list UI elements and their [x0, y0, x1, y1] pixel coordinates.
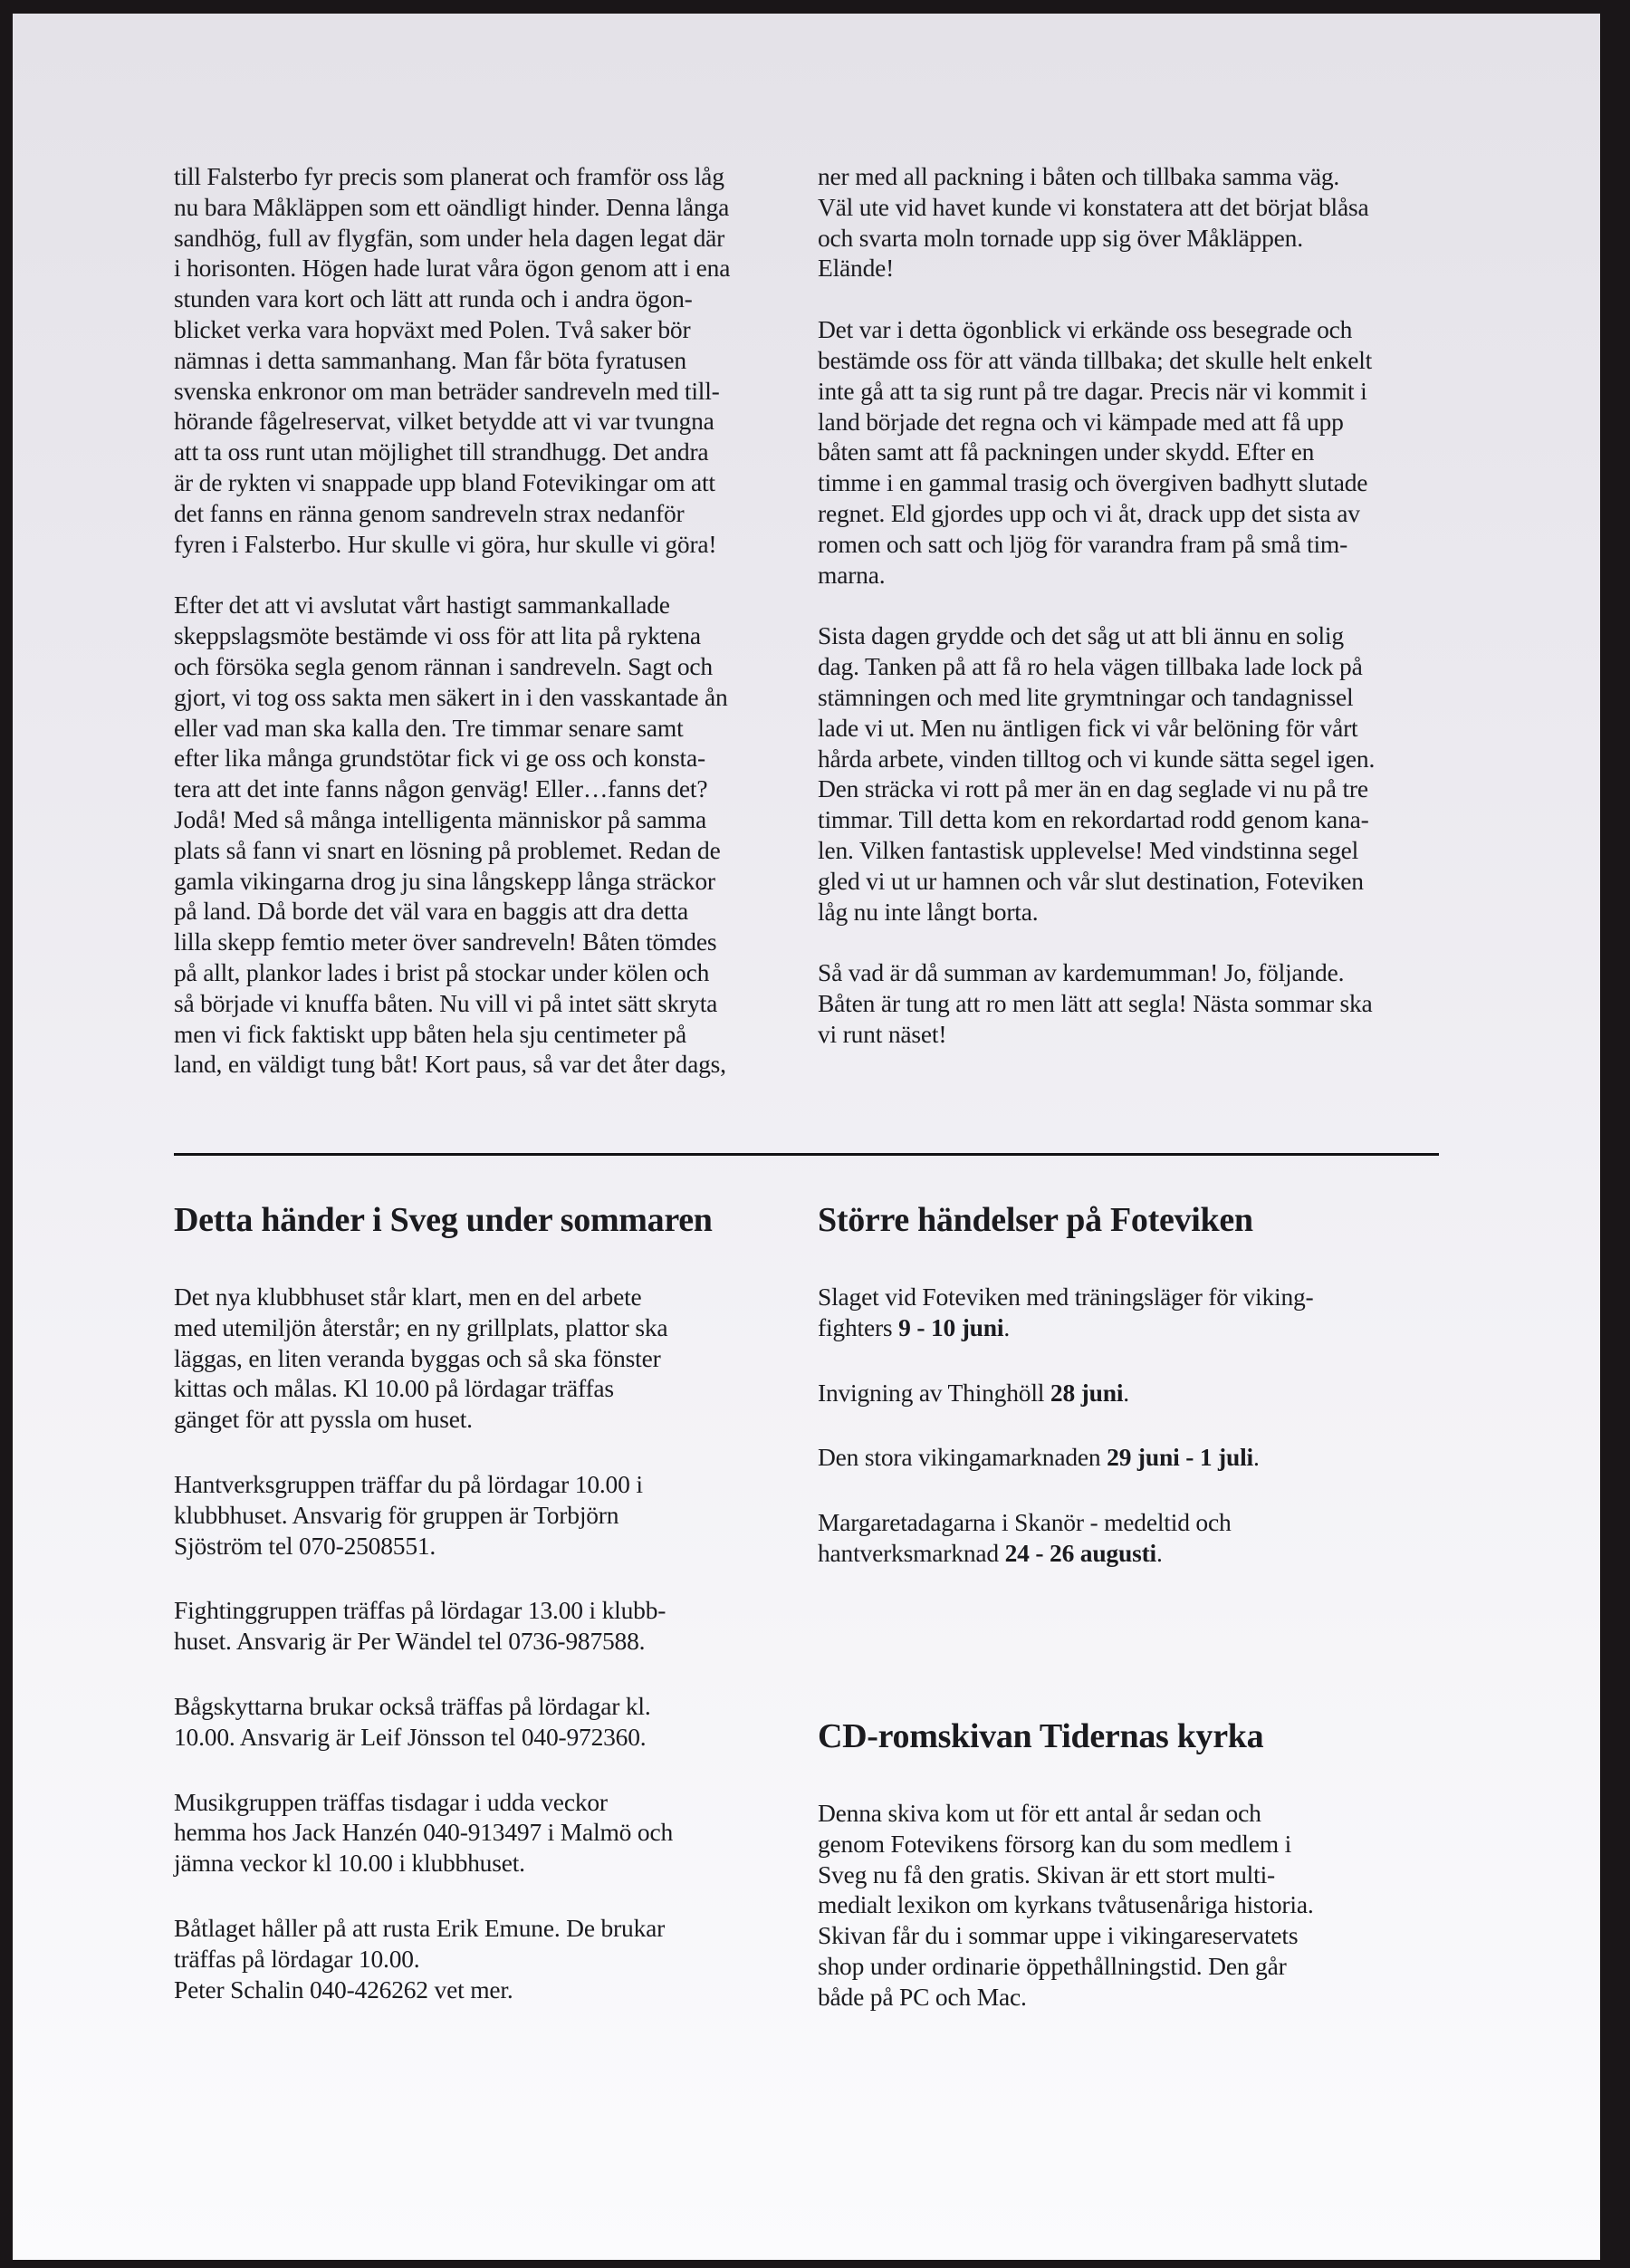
cd-rom-section: CD-romskivan Tidernas kyrka Denna skiva … — [818, 1716, 1452, 2047]
event-punctuation: . — [1253, 1443, 1260, 1471]
event-description: Slaget vid Foteviken med träningsläger f… — [818, 1283, 1314, 1341]
sveg-paragraph: Bågskyttarna brukar också träffas på lör… — [174, 1691, 808, 1753]
sveg-paragraph: Båtlaget håller på att rusta Erik Emune.… — [174, 1913, 808, 2004]
article-paragraph: till Falsterbo fyr precis som planerat o… — [174, 161, 799, 559]
article-paragraph: Efter det att vi avslutat vårt hastigt s… — [174, 590, 799, 1080]
event-description: Den stora vikingamarknaden — [818, 1443, 1107, 1471]
article-paragraph: Det var i detta ögonblick vi erkände oss… — [818, 314, 1443, 590]
section-title: Större händelser på Foteviken — [818, 1200, 1452, 1240]
event-item: Invigning av Thinghöll 28 juni. — [818, 1378, 1452, 1408]
event-item: Slaget vid Foteviken med träningsläger f… — [818, 1282, 1452, 1343]
section-divider — [174, 1153, 1439, 1156]
sveg-paragraph: Fightinggruppen träffas på lördagar 13.0… — [174, 1595, 808, 1657]
event-punctuation: . — [1156, 1539, 1163, 1567]
sveg-paragraph: Hantverksgruppen träffar du på lördagar … — [174, 1469, 808, 1561]
foteviken-events-section: Större händelser på Foteviken Slaget vid… — [818, 1200, 1452, 1603]
article-paragraph: Så vad är då summan av kardemumman! Jo, … — [818, 957, 1443, 1049]
article-left-column: till Falsterbo fyr precis som planerat o… — [174, 161, 799, 1080]
article-paragraph: ner med all packning i båten och tillbak… — [818, 161, 1443, 283]
sveg-summer-section: Detta händer i Sveg under sommaren Det n… — [174, 1200, 808, 2039]
event-punctuation: . — [1003, 1313, 1010, 1341]
event-description: Invigning av Thinghöll — [818, 1379, 1050, 1407]
sveg-paragraph: Det nya klubbhuset står klart, men en de… — [174, 1282, 808, 1435]
event-date: 24 - 26 augusti — [1005, 1539, 1156, 1567]
article-right-column: ner med all packning i båten och tillbak… — [818, 161, 1443, 1050]
scanned-page: till Falsterbo fyr precis som planerat o… — [13, 14, 1600, 2260]
event-date: 29 juni - 1 juli — [1107, 1443, 1253, 1471]
event-item: Den stora vikingamarknaden 29 juni - 1 j… — [818, 1442, 1452, 1473]
event-date: 9 - 10 juni — [898, 1313, 1003, 1341]
event-punctuation: . — [1123, 1379, 1129, 1407]
sveg-paragraph: Musikgruppen träffas tisdagar i udda vec… — [174, 1787, 808, 1879]
section-title: Detta händer i Sveg under sommaren — [174, 1200, 808, 1240]
section-title: CD-romskivan Tidernas kyrka — [818, 1716, 1452, 1756]
article-paragraph: Sista dagen grydde och det såg ut att bl… — [818, 620, 1443, 927]
event-date: 28 juni — [1050, 1379, 1123, 1407]
cd-paragraph: Denna skiva kom ut för ett antal år seda… — [818, 1798, 1452, 2013]
event-item: Margaretadagarna i Skanör - medeltid och… — [818, 1507, 1452, 1569]
